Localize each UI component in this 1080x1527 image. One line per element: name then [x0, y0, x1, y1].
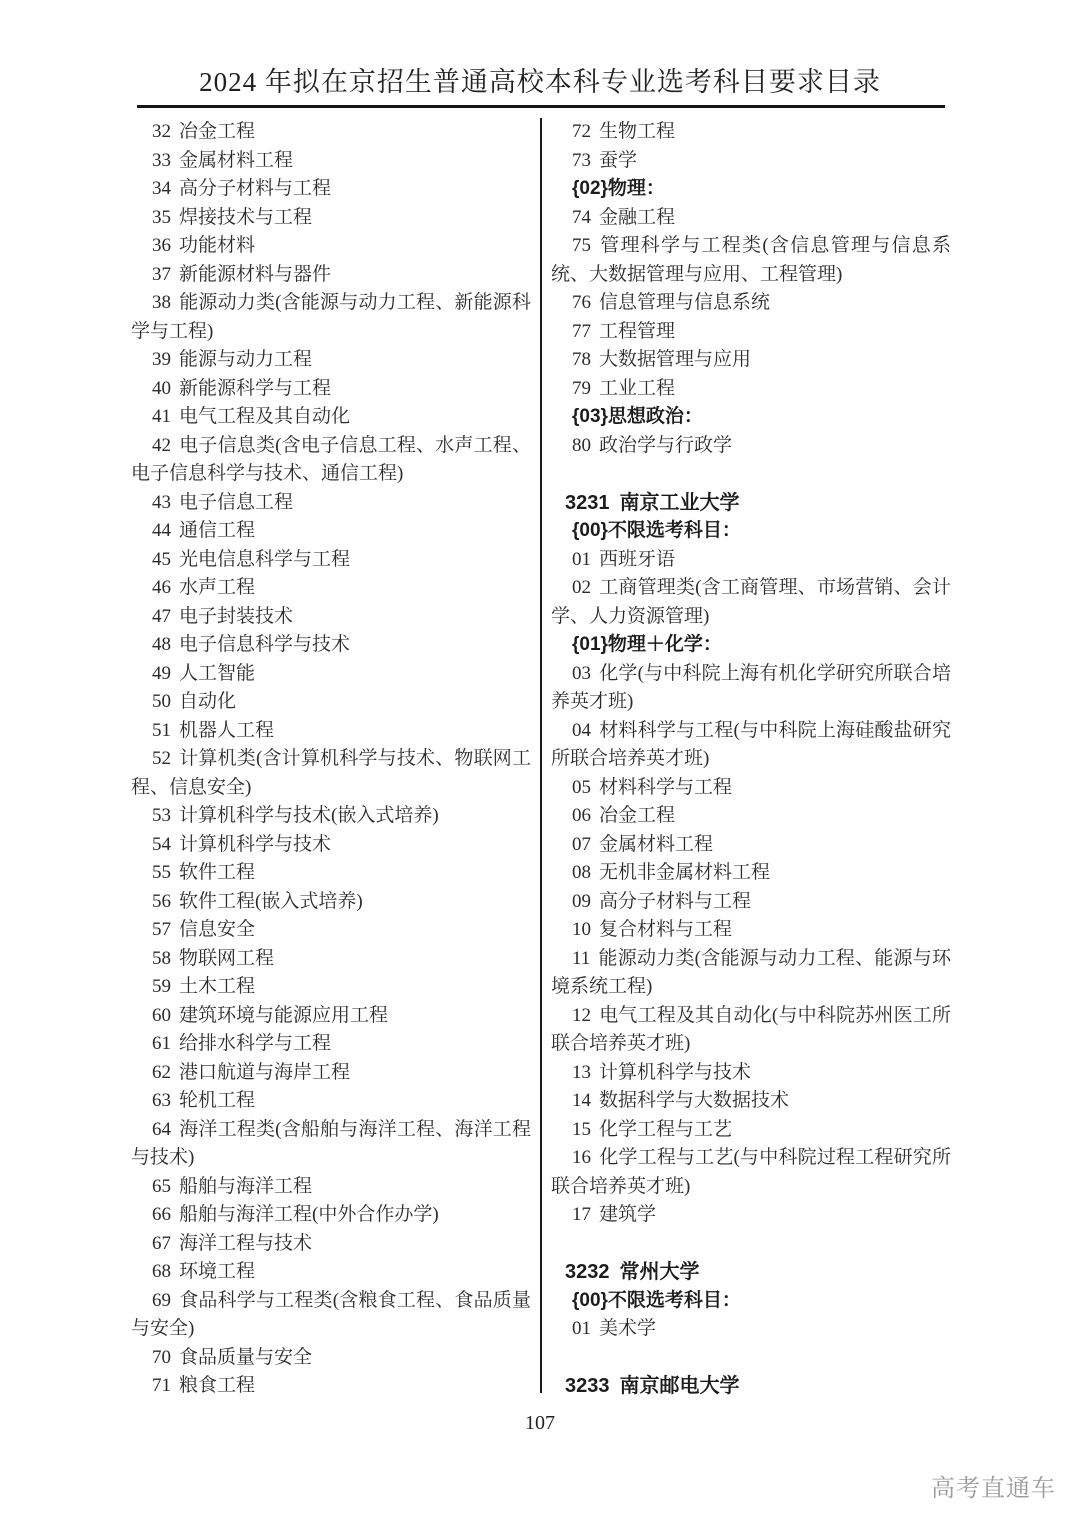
major-number: 44	[152, 520, 171, 541]
major-name: 高分子材料与工程	[179, 178, 331, 199]
major-number: 04	[572, 720, 591, 741]
major-name: 船舶与海洋工程(中外合作办学)	[179, 1204, 439, 1225]
major-number: 46	[152, 577, 171, 598]
major-name: 化学工程与工艺(与中科院过程工程研究所联合培养英才班)	[551, 1147, 951, 1197]
major-item: 55软件工程	[131, 859, 531, 888]
university-heading: 3231南京工业大学	[551, 489, 951, 518]
major-name: 政治学与行政学	[599, 435, 732, 456]
major-name: 电气工程及其自动化	[179, 406, 350, 427]
major-item: 43电子信息工程	[131, 489, 531, 518]
major-name: 软件工程	[179, 862, 255, 883]
major-item: 17建筑学	[551, 1201, 951, 1230]
major-number: 74	[572, 207, 591, 228]
major-number: 06	[572, 805, 591, 826]
major-name: 海洋工程类(含船舶与海洋工程、海洋工程与技术)	[131, 1119, 531, 1169]
major-name: 土木工程	[179, 976, 255, 997]
major-item: 41电气工程及其自动化	[131, 403, 531, 432]
major-item: 32冶金工程	[131, 118, 531, 147]
major-item: 42电子信息类(含电子信息工程、水声工程、电子信息科学与技术、通信工程)	[131, 432, 531, 489]
major-number: 01	[572, 549, 591, 570]
major-number: 39	[152, 349, 171, 370]
major-number: 67	[152, 1233, 171, 1254]
major-number: 45	[152, 549, 171, 570]
major-number: 59	[152, 976, 171, 997]
major-number: 79	[572, 378, 591, 399]
major-item: 57信息安全	[131, 916, 531, 945]
major-item: 03化学(与中科院上海有机化学研究所联合培养英才班)	[551, 660, 951, 717]
major-item: 01西班牙语	[551, 546, 951, 575]
major-name: 物联网工程	[179, 948, 274, 969]
major-item: 33金属材料工程	[131, 147, 531, 176]
major-item: 06冶金工程	[551, 802, 951, 831]
major-item: 13计算机科学与技术	[551, 1059, 951, 1088]
subject-requirement-heading: {03}思想政治：	[551, 403, 951, 432]
major-name: 信息管理与信息系统	[599, 292, 770, 313]
major-item: 34高分子材料与工程	[131, 175, 531, 204]
major-name: 自动化	[179, 691, 236, 712]
university-code: 3232	[565, 1261, 610, 1283]
major-name: 通信工程	[179, 520, 255, 541]
major-name: 软件工程(嵌入式培养)	[179, 891, 363, 912]
header-rule	[137, 105, 945, 108]
major-number: 09	[572, 891, 591, 912]
major-number: 11	[572, 948, 590, 969]
major-name: 计算机科学与技术	[179, 834, 331, 855]
major-name: 水声工程	[179, 577, 255, 598]
major-name: 管理科学与工程类(含信息管理与信息系统、大数据管理与应用、工程管理)	[551, 235, 951, 285]
major-number: 14	[572, 1090, 591, 1111]
major-item: 50自动化	[131, 688, 531, 717]
major-item: 65船舶与海洋工程	[131, 1173, 531, 1202]
major-number: 55	[152, 862, 171, 883]
right-column: 72生物工程73蚕学{02}物理：74金融工程75管理科学与工程类(含信息管理与…	[551, 118, 951, 1401]
major-number: 17	[572, 1204, 591, 1225]
major-number: 05	[572, 777, 591, 798]
major-item: 80政治学与行政学	[551, 432, 951, 461]
major-number: 38	[152, 292, 171, 313]
major-item: 39能源与动力工程	[131, 346, 531, 375]
major-name: 西班牙语	[599, 549, 675, 570]
left-column: 32冶金工程33金属材料工程34高分子材料与工程35焊接技术与工程36功能材料3…	[131, 118, 531, 1401]
major-name: 粮食工程	[179, 1375, 255, 1396]
major-name: 食品科学与工程类(含粮食工程、食品质量与安全)	[131, 1290, 531, 1340]
major-number: 73	[572, 150, 591, 171]
major-item: 47电子封装技术	[131, 603, 531, 632]
major-name: 信息安全	[179, 919, 255, 940]
major-name: 高分子材料与工程	[599, 891, 751, 912]
major-item: 49人工智能	[131, 660, 531, 689]
page-number: 107	[0, 1412, 1080, 1435]
major-item: 40新能源科学与工程	[131, 375, 531, 404]
major-name: 冶金工程	[179, 121, 255, 142]
major-item: 10复合材料与工程	[551, 916, 951, 945]
major-item: 08无机非金属材料工程	[551, 859, 951, 888]
major-number: 75	[572, 235, 591, 256]
major-number: 49	[152, 663, 171, 684]
major-item: 63轮机工程	[131, 1087, 531, 1116]
major-name: 电气工程及其自动化(与中科院苏州医工所联合培养英才班)	[551, 1005, 951, 1055]
major-number: 48	[152, 634, 171, 655]
major-item: 15化学工程与工艺	[551, 1116, 951, 1145]
major-number: 42	[152, 435, 171, 456]
major-name: 机器人工程	[179, 720, 274, 741]
major-name: 食品质量与安全	[179, 1347, 312, 1368]
major-item: 74金融工程	[551, 204, 951, 233]
major-name: 建筑环境与能源应用工程	[179, 1005, 388, 1026]
major-number: 61	[152, 1033, 171, 1054]
major-item: 60建筑环境与能源应用工程	[131, 1002, 531, 1031]
university-heading: 3232常州大学	[551, 1258, 951, 1287]
subject-requirement-heading: {00}不限选考科目：	[551, 1287, 951, 1316]
major-number: 72	[572, 121, 591, 142]
university-name: 南京邮电大学	[620, 1375, 740, 1397]
major-item: 66船舶与海洋工程(中外合作办学)	[131, 1201, 531, 1230]
major-number: 13	[572, 1062, 591, 1083]
major-item: 16化学工程与工艺(与中科院过程工程研究所联合培养英才班)	[551, 1144, 951, 1201]
major-name: 港口航道与海岸工程	[179, 1062, 350, 1083]
major-item: 09高分子材料与工程	[551, 888, 951, 917]
major-item: 73蚕学	[551, 147, 951, 176]
major-name: 美术学	[599, 1318, 656, 1339]
spacer	[551, 1230, 951, 1259]
major-name: 材料科学与工程(与中科院上海硅酸盐研究所联合培养英才班)	[551, 720, 951, 770]
page-title: 2024 年拟在京招生普通高校本科专业选考科目要求目录	[0, 62, 1080, 102]
major-item: 36功能材料	[131, 232, 531, 261]
major-name: 能源动力类(含能源与动力工程、能源与环境系统工程)	[551, 948, 951, 998]
major-item: 48电子信息科学与技术	[131, 631, 531, 660]
major-item: 75管理科学与工程类(含信息管理与信息系统、大数据管理与应用、工程管理)	[551, 232, 951, 289]
major-number: 51	[152, 720, 171, 741]
major-item: 53计算机科学与技术(嵌入式培养)	[131, 802, 531, 831]
major-number: 10	[572, 919, 591, 940]
major-number: 70	[152, 1347, 171, 1368]
major-number: 47	[152, 606, 171, 627]
major-item: 35焊接技术与工程	[131, 204, 531, 233]
major-item: 14数据科学与大数据技术	[551, 1087, 951, 1116]
major-item: 68环境工程	[131, 1258, 531, 1287]
major-item: 78大数据管理与应用	[551, 346, 951, 375]
document-page: 2024 年拟在京招生普通高校本科专业选考科目要求目录 32冶金工程33金属材料…	[0, 0, 1080, 1527]
major-name: 化学工程与工艺	[599, 1119, 732, 1140]
university-heading: 3233南京邮电大学	[551, 1372, 951, 1401]
major-number: 15	[572, 1119, 591, 1140]
major-item: 02工商管理类(含工商管理、市场营销、会计学、人力资源管理)	[551, 574, 951, 631]
major-number: 03	[572, 663, 591, 684]
heading-text: {03}思想政治：	[572, 406, 703, 427]
spacer	[551, 460, 951, 489]
major-number: 77	[572, 321, 591, 342]
major-name: 工业工程	[599, 378, 675, 399]
university-name: 常州大学	[620, 1261, 700, 1283]
major-item: 11能源动力类(含能源与动力工程、能源与环境系统工程)	[551, 945, 951, 1002]
major-item: 72生物工程	[551, 118, 951, 147]
major-number: 34	[152, 178, 171, 199]
major-number: 41	[152, 406, 171, 427]
major-name: 计算机科学与技术	[599, 1062, 751, 1083]
major-number: 80	[572, 435, 591, 456]
subject-requirement-heading: {00}不限选考科目：	[551, 517, 951, 546]
major-name: 金属材料工程	[179, 150, 293, 171]
major-name: 冶金工程	[599, 805, 675, 826]
major-number: 60	[152, 1005, 171, 1026]
major-item: 51机器人工程	[131, 717, 531, 746]
column-divider	[540, 118, 542, 1393]
major-number: 57	[152, 919, 171, 940]
major-item: 58物联网工程	[131, 945, 531, 974]
major-item: 04材料科学与工程(与中科院上海硅酸盐研究所联合培养英才班)	[551, 717, 951, 774]
major-number: 40	[152, 378, 171, 399]
major-item: 59土木工程	[131, 973, 531, 1002]
major-item: 62港口航道与海岸工程	[131, 1059, 531, 1088]
subject-requirement-heading: {02}物理：	[551, 175, 951, 204]
major-name: 材料科学与工程	[599, 777, 732, 798]
major-name: 能源动力类(含能源与动力工程、新能源科学与工程)	[131, 292, 531, 342]
heading-text: {02}物理：	[572, 178, 665, 199]
major-number: 71	[152, 1375, 171, 1396]
major-name: 化学(与中科院上海有机化学研究所联合培养英才班)	[551, 663, 951, 713]
major-item: 05材料科学与工程	[551, 774, 951, 803]
major-number: 64	[152, 1119, 171, 1140]
major-name: 海洋工程与技术	[179, 1233, 312, 1254]
major-number: 68	[152, 1261, 171, 1282]
major-name: 新能源材料与器件	[179, 264, 331, 285]
major-name: 工商管理类(含工商管理、市场营销、会计学、人力资源管理)	[551, 577, 951, 627]
major-number: 69	[152, 1290, 171, 1311]
major-item: 71粮食工程	[131, 1372, 531, 1401]
major-item: 07金属材料工程	[551, 831, 951, 860]
major-item: 67海洋工程与技术	[131, 1230, 531, 1259]
major-name: 电子信息类(含电子信息工程、水声工程、电子信息科学与技术、通信工程)	[131, 435, 531, 485]
university-name: 南京工业大学	[620, 492, 740, 514]
major-item: 37新能源材料与器件	[131, 261, 531, 290]
major-number: 53	[152, 805, 171, 826]
spacer	[551, 1344, 951, 1373]
major-number: 66	[152, 1204, 171, 1225]
major-item: 38能源动力类(含能源与动力工程、新能源科学与工程)	[131, 289, 531, 346]
major-name: 电子信息科学与技术	[179, 634, 350, 655]
major-item: 69食品科学与工程类(含粮食工程、食品质量与安全)	[131, 1287, 531, 1344]
major-name: 光电信息科学与工程	[179, 549, 350, 570]
major-item: 64海洋工程类(含船舶与海洋工程、海洋工程与技术)	[131, 1116, 531, 1173]
heading-text: {00}不限选考科目：	[572, 520, 741, 541]
major-item: 79工业工程	[551, 375, 951, 404]
major-number: 12	[572, 1005, 591, 1026]
major-number: 56	[152, 891, 171, 912]
major-item: 44通信工程	[131, 517, 531, 546]
major-item: 12电气工程及其自动化(与中科院苏州医工所联合培养英才班)	[551, 1002, 951, 1059]
major-name: 复合材料与工程	[599, 919, 732, 940]
major-number: 37	[152, 264, 171, 285]
major-name: 新能源科学与工程	[179, 378, 331, 399]
subject-requirement-heading: {01}物理＋化学：	[551, 631, 951, 660]
major-name: 能源与动力工程	[179, 349, 312, 370]
major-number: 02	[572, 577, 591, 598]
major-item: 76信息管理与信息系统	[551, 289, 951, 318]
major-item: 56软件工程(嵌入式培养)	[131, 888, 531, 917]
watermark: 高考直通车	[931, 1468, 1056, 1503]
major-number: 07	[572, 834, 591, 855]
major-name: 蚕学	[599, 150, 637, 171]
major-number: 43	[152, 492, 171, 513]
major-name: 电子信息工程	[179, 492, 293, 513]
major-number: 33	[152, 150, 171, 171]
major-item: 77工程管理	[551, 318, 951, 347]
major-name: 大数据管理与应用	[599, 349, 751, 370]
major-number: 76	[572, 292, 591, 313]
major-name: 环境工程	[179, 1261, 255, 1282]
major-name: 船舶与海洋工程	[179, 1176, 312, 1197]
major-number: 54	[152, 834, 171, 855]
major-number: 78	[572, 349, 591, 370]
major-name: 给排水科学与工程	[179, 1033, 331, 1054]
major-name: 建筑学	[599, 1204, 656, 1225]
major-number: 32	[152, 121, 171, 142]
major-item: 46水声工程	[131, 574, 531, 603]
major-name: 轮机工程	[179, 1090, 255, 1111]
major-number: 35	[152, 207, 171, 228]
major-number: 63	[152, 1090, 171, 1111]
heading-text: {00}不限选考科目：	[572, 1290, 741, 1311]
heading-text: {01}物理＋化学：	[572, 634, 722, 655]
major-name: 工程管理	[599, 321, 675, 342]
major-name: 无机非金属材料工程	[599, 862, 770, 883]
major-number: 58	[152, 948, 171, 969]
major-item: 70食品质量与安全	[131, 1344, 531, 1373]
major-number: 62	[152, 1062, 171, 1083]
major-name: 计算机类(含计算机科学与技术、物联网工程、信息安全)	[131, 748, 531, 798]
major-item: 52计算机类(含计算机科学与技术、物联网工程、信息安全)	[131, 745, 531, 802]
major-name: 数据科学与大数据技术	[599, 1090, 789, 1111]
major-name: 生物工程	[599, 121, 675, 142]
university-code: 3233	[565, 1375, 610, 1397]
major-number: 36	[152, 235, 171, 256]
university-code: 3231	[565, 492, 610, 514]
major-number: 65	[152, 1176, 171, 1197]
major-name: 功能材料	[179, 235, 255, 256]
major-name: 人工智能	[179, 663, 255, 684]
major-name: 电子封装技术	[179, 606, 293, 627]
major-name: 焊接技术与工程	[179, 207, 312, 228]
major-name: 金融工程	[599, 207, 675, 228]
major-number: 16	[572, 1147, 591, 1168]
major-item: 54计算机科学与技术	[131, 831, 531, 860]
major-name: 计算机科学与技术(嵌入式培养)	[179, 805, 439, 826]
major-item: 45光电信息科学与工程	[131, 546, 531, 575]
major-number: 50	[152, 691, 171, 712]
major-number: 01	[572, 1318, 591, 1339]
major-item: 01美术学	[551, 1315, 951, 1344]
major-number: 52	[152, 748, 171, 769]
major-item: 61给排水科学与工程	[131, 1030, 531, 1059]
major-number: 08	[572, 862, 591, 883]
major-name: 金属材料工程	[599, 834, 713, 855]
